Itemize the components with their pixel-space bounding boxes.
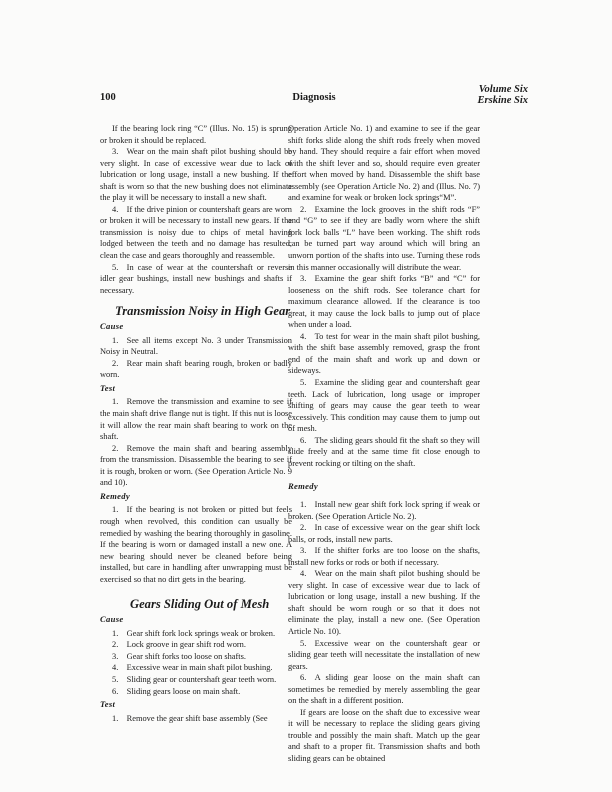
- paragraph: If the bearing lock ring “C” (Illus. No.…: [100, 123, 292, 146]
- list-item: 2. Rear main shaft bearing rough, broken…: [100, 358, 292, 381]
- section-heading-noisy-high-gear: Transmission Noisy in High Gear: [115, 304, 292, 318]
- list-item: 1. Remove the gear shift base assembly (…: [100, 713, 292, 725]
- list-item: 3. Gear shift forks too loose on shafts.: [100, 651, 292, 663]
- list-item: 6. The sliding gears should fit the shaf…: [288, 435, 480, 470]
- list-item: 2. Lock groove in gear shift rod worn.: [100, 639, 292, 651]
- left-column: If the bearing lock ring “C” (Illus. No.…: [100, 123, 292, 724]
- page-header: 100 Diagnosis Volume Six Erskine Six: [100, 84, 528, 114]
- list-item: 5. Excessive wear on the countershaft ge…: [288, 638, 480, 673]
- running-title: Diagnosis: [100, 92, 528, 103]
- list-item: 5. Sliding gear or countershaft gear tee…: [100, 674, 292, 686]
- list-item: 1. Install new gear shift fork lock spri…: [288, 499, 480, 522]
- subheading-cause: Cause: [100, 321, 292, 333]
- subheading-cause: Cause: [100, 614, 292, 626]
- volume-label: Volume Six Erskine Six: [478, 84, 528, 106]
- section-heading-sliding-out-of-mesh: Gears Sliding Out of Mesh: [130, 597, 292, 611]
- volume-line-1: Volume Six: [478, 84, 528, 95]
- list-item: 4. Excessive wear in main shaft pilot bu…: [100, 662, 292, 674]
- paragraph: 5. In case of wear at the countershaft o…: [100, 262, 292, 297]
- subheading-remedy: Remedy: [288, 481, 480, 493]
- right-column: Operation Article No. 1) and examine to …: [288, 123, 480, 765]
- list-item: 1. Remove the transmission and examine t…: [100, 396, 292, 442]
- list-item: 6. Sliding gears loose on main shaft.: [100, 686, 292, 698]
- subheading-test: Test: [100, 383, 292, 395]
- list-item: 2. In case of excessive wear on the gear…: [288, 522, 480, 545]
- paragraph: 3. Wear on the main shaft pilot bushing …: [100, 146, 292, 204]
- paragraph: If gears are loose on the shaft due to e…: [288, 707, 480, 765]
- paragraph: 4. If the drive pinion or countershaft g…: [100, 204, 292, 262]
- list-item: 3. If the shifter forks are too loose on…: [288, 545, 480, 568]
- list-item: 5. Examine the sliding gear and counters…: [288, 377, 480, 435]
- list-item: 1. Gear shift fork lock springs weak or …: [100, 628, 292, 640]
- paragraph: Operation Article No. 1) and examine to …: [288, 123, 480, 204]
- list-item: 4. To test for wear in the main shaft pi…: [288, 331, 480, 377]
- subheading-test: Test: [100, 699, 292, 711]
- list-item: 6. A sliding gear loose on the main shaf…: [288, 672, 480, 707]
- volume-line-2: Erskine Six: [478, 95, 528, 106]
- list-item: 3. Examine the gear shift forks “B” and …: [288, 273, 480, 331]
- list-item: 2. Examine the lock grooves in the shift…: [288, 204, 480, 273]
- list-item: 1. See all items except No. 3 under Tran…: [100, 335, 292, 358]
- list-item: 4. Wear on the main shaft pilot bushing …: [288, 568, 480, 637]
- list-item: 1. If the bearing is not broken or pitte…: [100, 504, 292, 585]
- subheading-remedy: Remedy: [100, 491, 292, 503]
- list-item: 2. Remove the main shaft and bearing ass…: [100, 443, 292, 489]
